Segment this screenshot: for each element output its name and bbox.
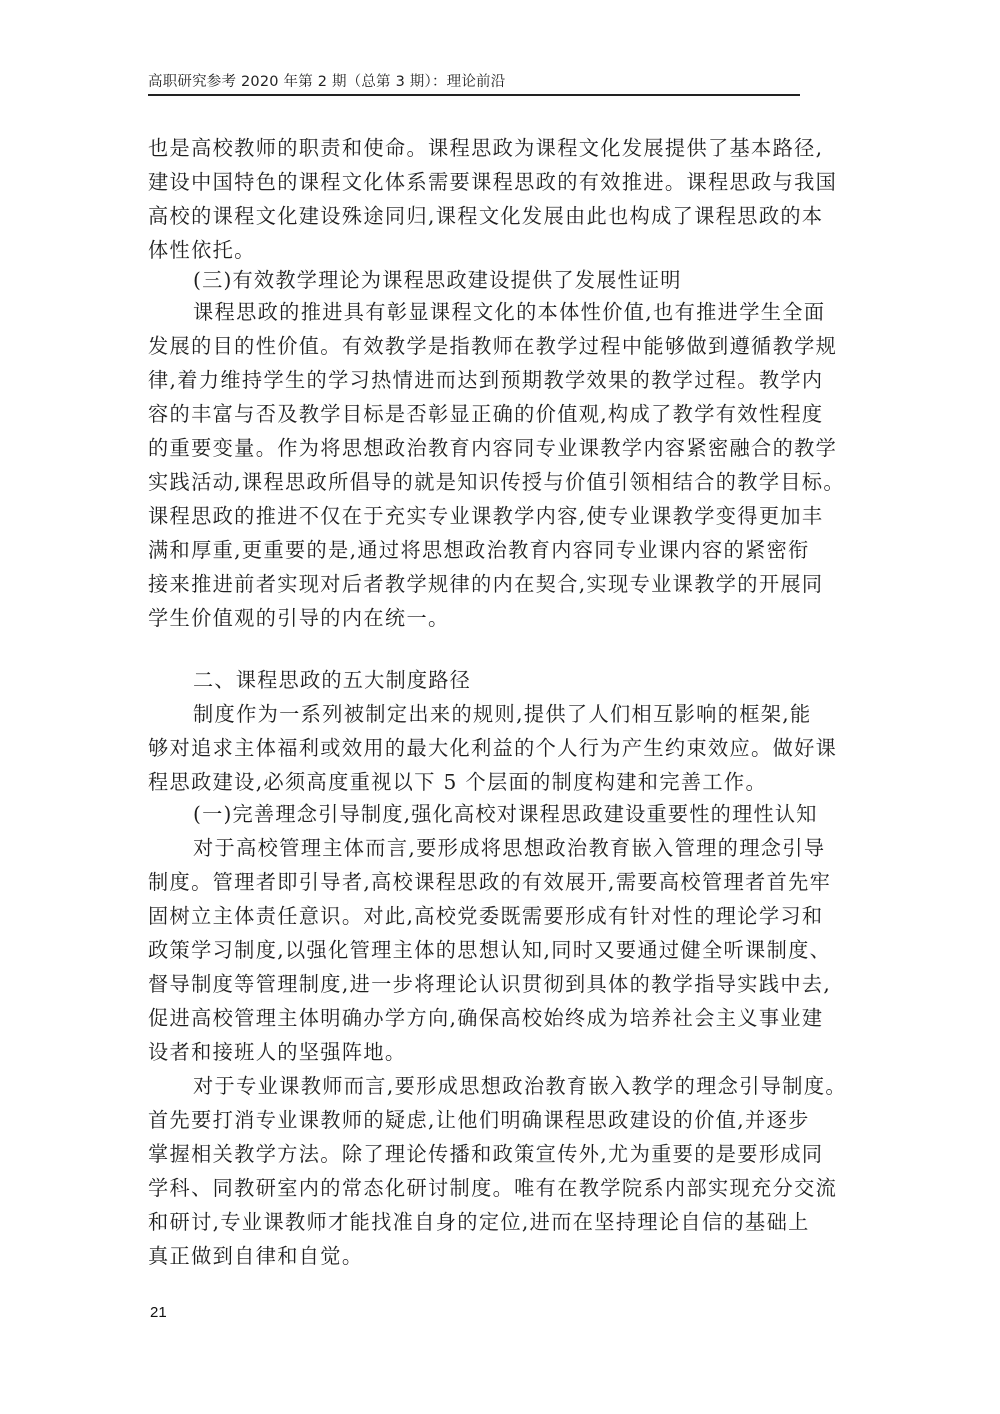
body-line: 制度。管理者即引导者,高校课程思政的有效展开,需要高校管理者首先牢 [148,868,800,896]
body-line: 接来推进前者实现对后者教学规律的内在契合,实现专业课教学的开展同 [148,570,800,598]
body-line: 固树立主体责任意识。对此,高校党委既需要形成有针对性的理论学习和 [148,902,800,930]
paragraph-first-line: 课程思政的推进具有彰显课程文化的本体性价值,也有推进学生全面 [193,298,800,326]
body-line: 体性依托。 [148,236,800,264]
body-line: 也是高校教师的职责和使命。课程思政为课程文化发展提供了基本路径, [148,134,800,162]
body-line: 课程思政的推进不仅在于充实专业课教学内容,使专业课教学变得更加丰 [148,502,800,530]
subsection-heading: (一)完善理念引导制度,强化高校对课程思政建设重要性的理性认知 [193,800,800,828]
body-line: 真正做到自律和自觉。 [148,1242,800,1270]
body-line: 程思政建设,必须高度重视以下 5 个层面的制度构建和完善工作。 [148,768,800,796]
body-line: 实践活动,课程思政所倡导的就是知识传授与价值引领相结合的教学目标。 [148,468,800,496]
body-line: 律,着力维持学生的学习热情进而达到预期教学效果的教学过程。教学内 [148,366,800,394]
body-line: 满和厚重,更重要的是,通过将思想政治教育内容同专业课内容的紧密衔 [148,536,800,564]
section-heading: 二、课程思政的五大制度路径 [193,666,800,694]
body-line: 发展的目的性价值。有效教学是指教师在教学过程中能够做到遵循教学规 [148,332,800,360]
body-line: 够对追求主体福利或效用的最大化利益的个人行为产生约束效应。做好课 [148,734,800,762]
paragraph-first-line: 对于专业课教师而言,要形成思想政治教育嵌入教学的理念引导制度。 [193,1072,800,1100]
page-number: 21 [150,1304,167,1321]
body-line: 设者和接班人的坚强阵地。 [148,1038,800,1066]
body-line: 政策学习制度,以强化管理主体的思想认知,同时又要通过健全听课制度、 [148,936,800,964]
body-line: 学科、同教研室内的常态化研讨制度。唯有在教学院系内部实现充分交流 [148,1174,800,1202]
body-line: 容的丰富与否及教学目标是否彰显正确的价值观,构成了教学有效性程度 [148,400,800,428]
body-line: 建设中国特色的课程文化体系需要课程思政的有效推进。课程思政与我国 [148,168,800,196]
body-line: 和研讨,专业课教师才能找准自身的定位,进而在坚持理论自信的基础上 [148,1208,800,1236]
body-line: 高校的课程文化建设殊途同归,课程文化发展由此也构成了课程思政的本 [148,202,800,230]
body-line: 学生价值观的引导的内在统一。 [148,604,800,632]
paragraph-first-line: 制度作为一系列被制定出来的规则,提供了人们相互影响的框架,能 [193,700,800,728]
running-title: 高职研究参考 2020 年第 2 期（总第 3 期）：理论前沿 [148,70,505,91]
body-line: 首先要打消专业课教师的疑虑,让他们明确课程思政建设的价值,并逐步 [148,1106,800,1134]
subsection-heading: (三)有效教学理论为课程思政建设提供了发展性证明 [193,266,800,294]
paragraph-first-line: 对于高校管理主体而言,要形成将思想政治教育嵌入管理的理念引导 [193,834,800,862]
running-header: 高职研究参考 2020 年第 2 期（总第 3 期）：理论前沿 [148,70,800,96]
body-line: 的重要变量。作为将思想政治教育内容同专业课教学内容紧密融合的教学 [148,434,800,462]
body-line: 促进高校管理主体明确办学方向,确保高校始终成为培养社会主义事业建 [148,1004,800,1032]
body-line: 掌握相关教学方法。除了理论传播和政策宣传外,尤为重要的是要形成同 [148,1140,800,1168]
body-line: 督导制度等管理制度,进一步将理论认识贯彻到具体的教学指导实践中去, [148,970,800,998]
